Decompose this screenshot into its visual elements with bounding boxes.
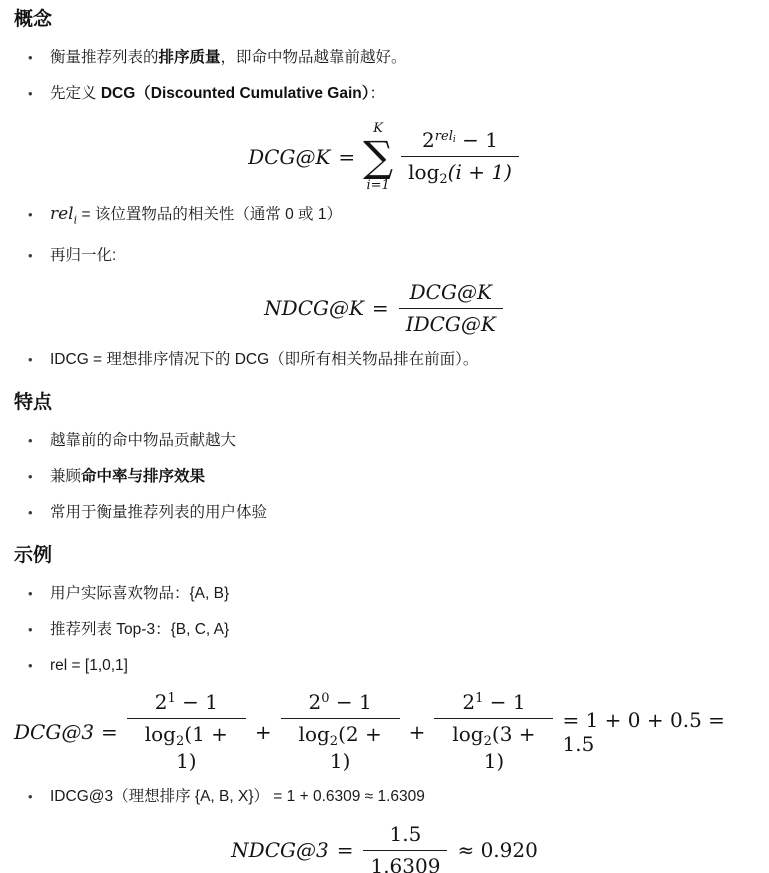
fraction-term-1: 21 − 1 log2(1 + 1) <box>127 690 246 773</box>
bullet-idcg3-value: • IDCG@3（理想排序 {A, B, X}） = 1 + 0.6309 ≈ … <box>14 785 755 808</box>
fraction: 2reli − 1 log2(i + 1) <box>401 128 519 187</box>
base-number: 2 <box>309 690 322 714</box>
numerator: DCG@K <box>399 280 503 308</box>
fraction: 1.5 1.6309 <box>363 822 447 873</box>
bullet-user-experience: • 常用于衡量推荐列表的用户体验 <box>14 501 755 524</box>
bullet-hit-and-rank: • 兼顾命中率与排序效果 <box>14 465 755 488</box>
bullet-front-contribution: • 越靠前的命中物品贡献越大 <box>14 429 755 452</box>
list-item-text: 推荐列表 Top-3：{B, C, A} <box>50 618 755 641</box>
equals-sign: = <box>338 145 355 169</box>
list-item-text: 兼顾命中率与排序效果 <box>50 465 755 488</box>
base-number: 2 <box>155 690 168 714</box>
log-function: log <box>408 160 439 184</box>
list-item-text: rel = [1,0,1] <box>50 654 755 677</box>
heading-features: 特点 <box>14 391 755 414</box>
minus-one: − 1 <box>330 690 372 714</box>
bullet-icon: • <box>28 582 50 605</box>
math-lhs: DCG@3 <box>14 720 94 744</box>
bullet-idcg-definition: • IDCG = 理想排序情况下的 DCG（即所有相关物品排在前面）。 <box>14 348 755 371</box>
plus-sign: + <box>255 720 272 744</box>
bullet-icon: • <box>28 618 50 641</box>
bullet-define-dcg: • 先定义 DCG（Discounted Cumulative Gain）： <box>14 82 755 105</box>
summation: K ∑ i=1 <box>363 121 393 193</box>
bullet-liked-items: • 用户实际喜欢物品：{A, B} <box>14 582 755 605</box>
list-item-text: IDCG = 理想排序情况下的 DCG（即所有相关物品排在前面）。 <box>50 348 755 371</box>
denominator: IDCG@K <box>399 308 503 336</box>
bullet-icon: • <box>28 46 50 69</box>
list-item-text: 越靠前的命中物品贡献越大 <box>50 429 755 452</box>
list-item-text: IDCG@3（理想排序 {A, B, X}） = 1 + 0.6309 ≈ 1.… <box>50 785 755 808</box>
sigma-icon: ∑ <box>363 136 393 178</box>
list-item-text: 再归一化: <box>50 244 755 267</box>
formula-dcg-at-k: DCG@K = K ∑ i=1 2reli − 1 log2(i + 1) <box>14 121 755 193</box>
exponent: reli <box>435 129 456 144</box>
bullet-icon: • <box>28 501 50 524</box>
numerator: 21 − 1 <box>127 690 246 718</box>
log-base: 2 <box>484 734 492 749</box>
log-base: 2 <box>330 734 338 749</box>
log-argument: (i + 1) <box>448 160 512 184</box>
bullet-icon: • <box>28 82 50 105</box>
var-name: rel <box>50 204 74 224</box>
list-item-text: 用户实际喜欢物品：{A, B} <box>50 582 755 605</box>
bold-text: 排序质量 <box>159 49 221 66</box>
fraction-term-3: 21 − 1 log2(3 + 1) <box>434 690 553 773</box>
bold-text: DCG（Discounted Cumulative Gain） <box>101 85 370 102</box>
equals-sign: = <box>337 838 354 862</box>
list-item-text: 衡量推荐列表的排序质量，即命中物品越靠前越好。 <box>50 46 755 69</box>
numerator: 1.5 <box>363 822 447 850</box>
log-function: log <box>299 722 330 746</box>
list-item-text: reli = 该位置物品的相关性（通常 0 或 1） <box>50 203 755 231</box>
bullet-icon: • <box>28 429 50 452</box>
bullet-normalize: • 再归一化: <box>14 244 755 267</box>
math-lhs: DCG@K <box>248 145 330 169</box>
notes-document: 概念 • 衡量推荐列表的排序质量，即命中物品越靠前越好。 • 先定义 DCG（D… <box>0 0 769 873</box>
minus-one: − 1 <box>483 690 525 714</box>
minus-one: − 1 <box>456 128 498 152</box>
bullet-icon: • <box>28 244 50 267</box>
list-item-text: 常用于衡量推荐列表的用户体验 <box>50 501 755 524</box>
text-segment: 先定义 <box>50 85 101 102</box>
fraction: DCG@K IDCG@K <box>399 280 503 336</box>
equals-sign: = <box>372 296 389 320</box>
log-base: 2 <box>439 172 447 187</box>
sum-lower-limit: i=1 <box>366 178 389 193</box>
text-segment: 兼顾 <box>50 468 81 485</box>
log-function: log <box>145 722 176 746</box>
denominator: log2(2 + 1) <box>281 718 400 773</box>
base-number: 2 <box>422 128 435 152</box>
denominator: log2(1 + 1) <box>127 718 246 773</box>
formula-ndcg-at-k: NDCG@K = DCG@K IDCG@K <box>14 280 755 336</box>
log-function: log <box>452 722 483 746</box>
formula-ndcg-at-3: NDCG@3 = 1.5 1.6309 ≈ 0.920 <box>14 822 755 873</box>
denominator: 1.6309 <box>363 850 447 873</box>
heading-example: 示例 <box>14 544 755 567</box>
minus-one: − 1 <box>176 690 218 714</box>
approx-value: ≈ 0.920 <box>457 838 537 862</box>
formula-dcg-at-3: DCG@3 = 21 − 1 log2(1 + 1) + 20 − 1 log2… <box>14 690 755 773</box>
exponent: 0 <box>321 691 329 706</box>
bullet-rel-definition: • reli = 该位置物品的相关性（通常 0 或 1） <box>14 203 755 231</box>
heading-concept: 概念 <box>14 8 755 31</box>
bullet-icon: • <box>28 654 50 677</box>
bullet-icon: • <box>28 348 50 371</box>
math-lhs: NDCG@K <box>264 296 364 320</box>
exponent-var: rel <box>435 129 453 144</box>
numerator: 20 − 1 <box>281 690 400 718</box>
math-var-rel: reli <box>50 204 77 224</box>
text-segment: ： <box>370 85 386 102</box>
list-item-text: 先定义 DCG（Discounted Cumulative Gain）： <box>50 82 755 105</box>
bullet-rel-values: • rel = [1,0,1] <box>14 654 755 677</box>
numerator: 21 − 1 <box>434 690 553 718</box>
text-segment: 衡量推荐列表的 <box>50 49 159 66</box>
text-segment: ，即命中物品越靠前越好。 <box>221 49 407 66</box>
exponent: 1 <box>167 691 175 706</box>
denominator: log2(i + 1) <box>401 156 519 187</box>
bullet-top3-list: • 推荐列表 Top-3：{B, C, A} <box>14 618 755 641</box>
denominator: log2(3 + 1) <box>434 718 553 773</box>
plus-sign: + <box>409 720 426 744</box>
base-number: 2 <box>462 690 475 714</box>
bold-text: 命中率与排序效果 <box>81 468 205 485</box>
math-lhs: NDCG@3 <box>231 838 329 862</box>
equals-sign: = <box>101 720 118 744</box>
bullet-icon: • <box>28 203 50 226</box>
result-value: = 1 + 0 + 0.5 = 1.5 <box>562 708 755 756</box>
bullet-icon: • <box>28 465 50 488</box>
bullet-measure-quality: • 衡量推荐列表的排序质量，即命中物品越靠前越好。 <box>14 46 755 69</box>
text-segment: = 该位置物品的相关性（通常 0 或 1） <box>77 206 342 223</box>
numerator: 2reli − 1 <box>401 128 519 156</box>
fraction-term-2: 20 − 1 log2(2 + 1) <box>281 690 400 773</box>
bullet-icon: • <box>28 785 50 808</box>
